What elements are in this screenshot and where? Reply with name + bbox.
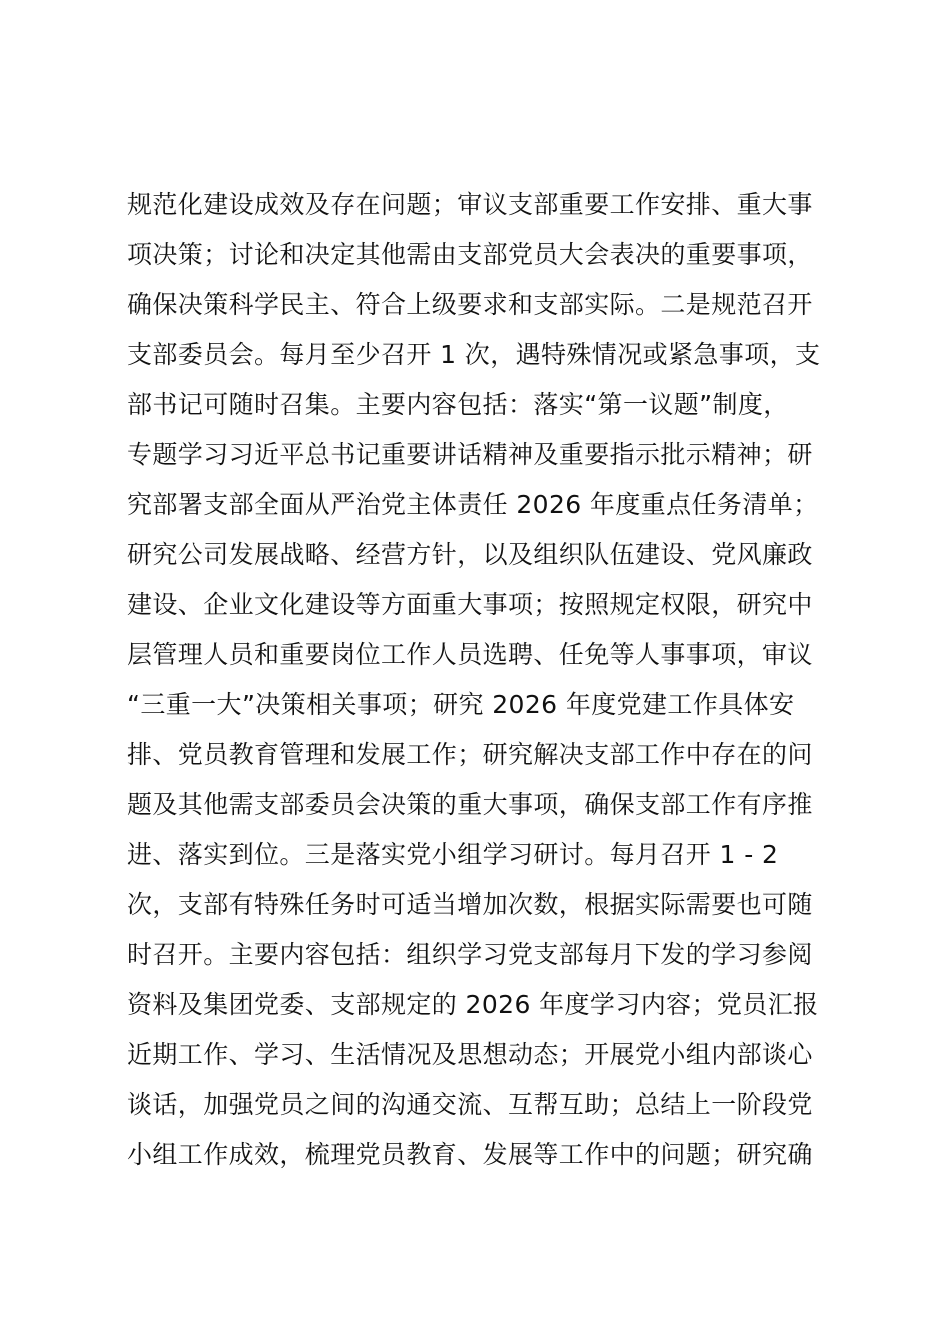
text-line-3: 确保决策科学民主、符合上级要求和支部实际。二是规范召开: [127, 282, 837, 332]
text-line-12: 排、党员教育管理和发展工作；研究解决支部工作中存在的问: [127, 732, 837, 782]
text-line-8: 研究公司发展战略、经营方针，以及组织队伍建设、党风廉政: [127, 532, 837, 582]
text-line-13: 题及其他需支部委员会决策的重大事项，确保支部工作有序推: [127, 782, 837, 832]
text-line-11: “三重一大”决策相关事项；研究 2026 年度党建工作具体安: [127, 682, 837, 732]
text-line-15: 次，支部有特殊任务时可适当增加次数，根据实际需要也可随: [127, 882, 837, 932]
text-line-6: 专题学习习近平总书记重要讲话精神及重要指示批示精神；研: [127, 432, 837, 482]
text-line-1: 规范化建设成效及存在问题；审议支部重要工作安排、重大事: [127, 182, 837, 232]
text-line-16: 时召开。主要内容包括：组织学习党支部每月下发的学习参阅: [127, 932, 837, 982]
text-line-4: 支部委员会。每月至少召开 1 次，遇特殊情况或紧急事项，支: [127, 332, 837, 382]
text-line-19: 谈话，加强党员之间的沟通交流、互帮互助；总结上一阶段党: [127, 1082, 837, 1132]
text-line-14: 进、落实到位。三是落实党小组学习研讨。每月召开 1 - 2: [127, 832, 837, 882]
body-paragraph: 规范化建设成效及存在问题；审议支部重要工作安排、重大事 项决策；讨论和决定其他需…: [127, 182, 837, 1182]
text-line-17: 资料及集团党委、支部规定的 2026 年度学习内容；党员汇报: [127, 982, 837, 1032]
text-line-10: 层管理人员和重要岗位工作人员选聘、任免等人事事项，审议: [127, 632, 837, 682]
text-line-9: 建设、企业文化建设等方面重大事项；按照规定权限，研究中: [127, 582, 837, 632]
text-line-2: 项决策；讨论和决定其他需由支部党员大会表决的重要事项，: [127, 232, 837, 282]
text-line-18: 近期工作、学习、生活情况及思想动态；开展党小组内部谈心: [127, 1032, 837, 1082]
text-line-5: 部书记可随时召集。主要内容包括：落实“第一议题”制度，: [127, 382, 837, 432]
text-line-7: 究部署支部全面从严治党主体责任 2026 年度重点任务清单；: [127, 482, 837, 532]
text-line-20: 小组工作成效，梳理党员教育、发展等工作中的问题；研究确: [127, 1132, 837, 1182]
document-page: 规范化建设成效及存在问题；审议支部重要工作安排、重大事 项决策；讨论和决定其他需…: [0, 0, 950, 1344]
